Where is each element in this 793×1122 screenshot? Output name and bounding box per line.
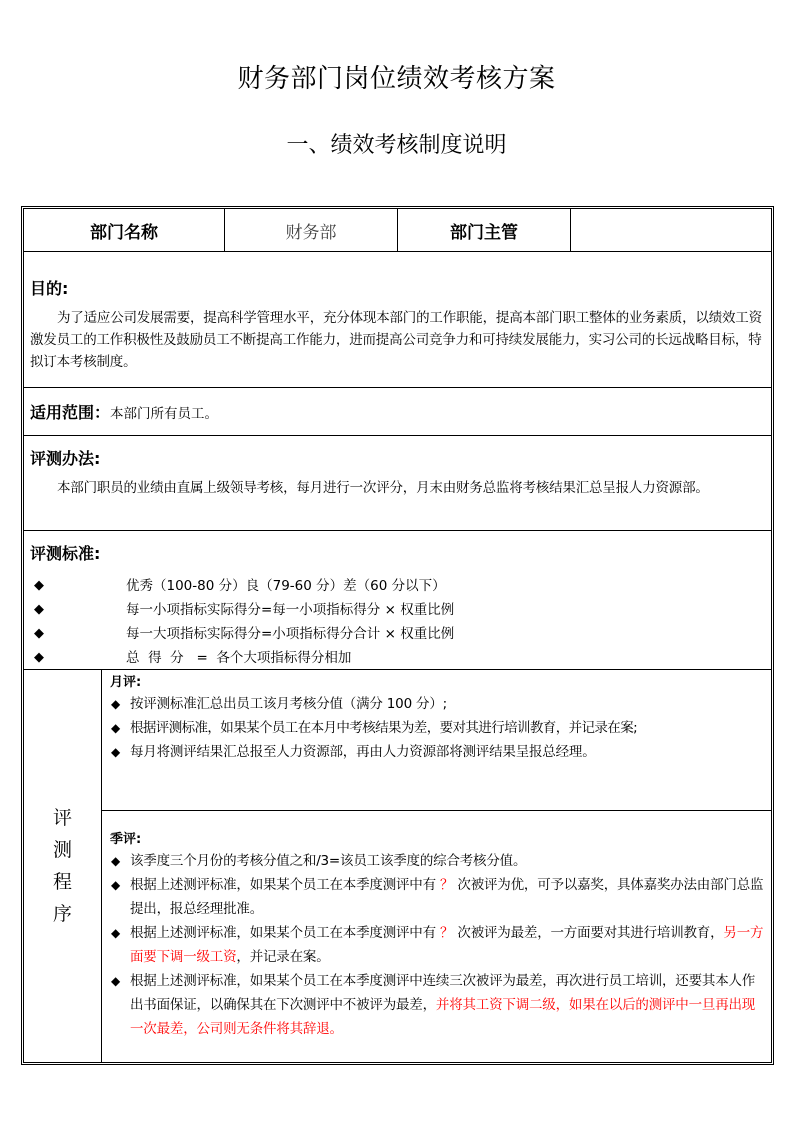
diamond-bullet-icon: ◆ [30, 598, 126, 622]
standard-item-text: 总 得 分 = 各个大项指标得分相加 [126, 646, 351, 670]
standard-label: 评测标准: [30, 541, 765, 564]
method-text: 本部门职员的业绩由直属上级领导考核，每月进行一次评分，月末由财务总监将考核结果汇… [30, 477, 765, 499]
diamond-bullet-icon: ◆ [30, 574, 126, 598]
quarterly-review: 季评: ◆该季度三个月份的考核分值之和/3=该员工该季度的综合考核分值。◆根据上… [102, 811, 771, 1062]
monthly-item: ◆ 每月将测评结果汇总报至人力资源部，再由人力资源部将测评结果呈报总经理。 [110, 740, 765, 764]
diamond-bullet-icon: ◆ [110, 873, 130, 921]
standard-item: ◆ 每一大项指标实际得分=小项指标得分合计 × 权重比例 [30, 622, 765, 646]
text-segment: 根据上述测评标准，如果某个员工在本季度测评中有 [130, 925, 440, 941]
highlight-text: ？ [440, 877, 453, 893]
monthly-label: 月评: [110, 674, 765, 692]
purpose-text: 为了适应公司发展需要，提高科学管理水平，充分体现本部门的工作职能，提高本部门职工… [30, 307, 765, 373]
section-title: 一、绩效考核制度说明 [0, 128, 793, 159]
monthly-review: 月评: ◆ 按评测标准汇总出员工该月考核分值（满分 100 分）; ◆ 根据评测… [102, 670, 771, 811]
diamond-bullet-icon: ◆ [110, 740, 130, 764]
procedure-side-label: 评 测 程 序 [24, 670, 102, 1062]
text-segment: ，并记录在案。 [236, 949, 329, 965]
dept-name-value: 财务部 [225, 209, 398, 251]
standard-item: ◆ 每一小项指标实际得分=每一小项指标得分 × 权重比例 [30, 598, 765, 622]
method-label: 评测办法: [30, 446, 765, 469]
standard-item: ◆ 总 得 分 = 各个大项指标得分相加 [30, 646, 765, 670]
quarterly-label: 季评: [110, 831, 765, 849]
diamond-bullet-icon: ◆ [30, 646, 126, 670]
quarterly-item-text: 该季度三个月份的考核分值之和/3=该员工该季度的综合考核分值。 [130, 849, 765, 873]
scope-label: 适用范围： [30, 400, 110, 423]
quarterly-item-text: 根据上述测评标准，如果某个员工在本季度测评中有 ？ 次被评为最差，一方面要对其进… [130, 921, 765, 969]
quarterly-item: ◆根据上述测评标准，如果某个员工在本季度测评中连续三次被评为最差，再次进行员工培… [110, 969, 765, 1041]
diamond-bullet-icon: ◆ [30, 622, 126, 646]
supervisor-value [571, 209, 771, 251]
monthly-item: ◆ 根据评测标准，如果某个员工在本月中考核结果为差，要对其进行培训教育，并记录在… [110, 716, 765, 740]
text-segment: 该季度三个月份的考核分值之和/3=该员工该季度的综合考核分值。 [130, 853, 526, 869]
standard-item-text: 优秀（100-80 分）良（79-60 分）差（60 分以下） [126, 574, 446, 598]
quarterly-item: ◆根据上述测评标准，如果某个员工在本季度测评中有 ？ 次被评为最差，一方面要对其… [110, 921, 765, 969]
procedure-section: 评 测 程 序 月评: ◆ 按评测标准汇总出员工该月考核分值（满分 100 分）… [24, 670, 771, 1062]
method-section: 评测办法: 本部门职员的业绩由直属上级领导考核，每月进行一次评分，月末由财务总监… [24, 436, 771, 531]
scope-section: 适用范围： 本部门所有员工。 [24, 388, 771, 436]
document-title: 财务部门岗位绩效考核方案 [0, 58, 793, 95]
side-label-char: 序 [53, 898, 72, 930]
monthly-item-text: 每月将测评结果汇总报至人力资源部，再由人力资源部将测评结果呈报总经理。 [130, 740, 765, 764]
text-segment: 根据上述测评标准，如果某个员工在本季度测评中有 [130, 877, 440, 893]
dept-name-label: 部门名称 [24, 209, 225, 251]
quarterly-items: ◆该季度三个月份的考核分值之和/3=该员工该季度的综合考核分值。◆根据上述测评标… [110, 849, 765, 1041]
quarterly-item: ◆根据上述测评标准，如果某个员工在本季度测评中有 ？ 次被评为优，可予以嘉奖，具… [110, 873, 765, 921]
header-row: 部门名称 财务部 部门主管 [24, 209, 771, 252]
diamond-bullet-icon: ◆ [110, 716, 130, 740]
monthly-item: ◆ 按评测标准汇总出员工该月考核分值（满分 100 分）; [110, 692, 765, 716]
highlight-text: ？ [440, 925, 453, 941]
assessment-table: 部门名称 财务部 部门主管 目的: 为了适应公司发展需要，提高科学管理水平，充分… [21, 206, 774, 1065]
side-label-char: 测 [53, 834, 72, 866]
purpose-section: 目的: 为了适应公司发展需要，提高科学管理水平，充分体现本部门的工作职能，提高本… [24, 252, 771, 388]
standard-section: 评测标准: ◆ 优秀（100-80 分）良（79-60 分）差（60 分以下） … [24, 531, 771, 670]
standard-item-text: 每一大项指标实际得分=小项指标得分合计 × 权重比例 [126, 622, 454, 646]
quarterly-item: ◆该季度三个月份的考核分值之和/3=该员工该季度的综合考核分值。 [110, 849, 765, 873]
diamond-bullet-icon: ◆ [110, 969, 130, 1041]
purpose-label: 目的: [30, 276, 765, 299]
scope-value: 本部门所有员工。 [110, 402, 218, 422]
quarterly-item-text: 根据上述测评标准，如果某个员工在本季度测评中连续三次被评为最差，再次进行员工培训… [130, 969, 765, 1041]
standard-item: ◆ 优秀（100-80 分）良（79-60 分）差（60 分以下） [30, 574, 765, 598]
side-label-char: 程 [53, 866, 72, 898]
diamond-bullet-icon: ◆ [110, 849, 130, 873]
quarterly-item-text: 根据上述测评标准，如果某个员工在本季度测评中有 ？ 次被评为优，可予以嘉奖，具体… [130, 873, 765, 921]
side-label-char: 评 [53, 802, 72, 834]
monthly-item-text: 按评测标准汇总出员工该月考核分值（满分 100 分）; [130, 692, 765, 716]
supervisor-label: 部门主管 [398, 209, 571, 251]
monthly-item-text: 根据评测标准，如果某个员工在本月中考核结果为差，要对其进行培训教育，并记录在案; [130, 716, 765, 740]
standard-item-text: 每一小项指标实际得分=每一小项指标得分 × 权重比例 [126, 598, 454, 622]
diamond-bullet-icon: ◆ [110, 921, 130, 969]
text-segment: 次被评为最差，一方面要对其进行培训教育， [453, 925, 723, 941]
diamond-bullet-icon: ◆ [110, 692, 130, 716]
